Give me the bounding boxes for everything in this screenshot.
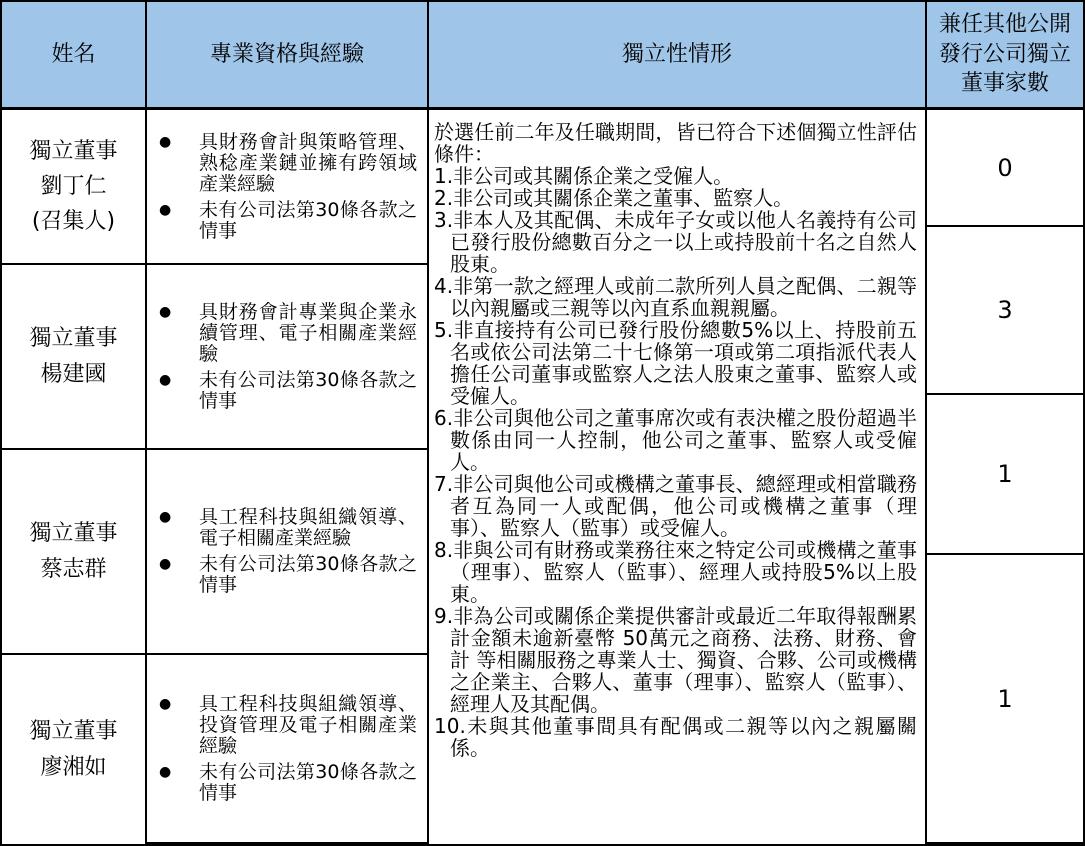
qualification-item: ● 未有公司法第30條各款之情事 bbox=[157, 554, 417, 596]
director-name: 劉丁仁 bbox=[40, 169, 106, 204]
qualifications-cell-liao: ● 具工程科技與組織領導、投資管理及電子相關產業經驗 ● 未有公司法第30條各款… bbox=[147, 655, 427, 844]
qualifications-cell-yang: ● 具財務會計專業與企業永續管理、電子相關產業經驗 ● 未有公司法第30條各款之… bbox=[147, 265, 427, 450]
director-title: 獨立董事 bbox=[29, 321, 117, 356]
concurrent-count-cell: 3 bbox=[927, 227, 1083, 395]
qualification-item: ● 具財務會計專業與企業永續管理、電子相關產業經驗 bbox=[157, 302, 417, 365]
header-name: 姓名 bbox=[2, 2, 145, 110]
director-name: 楊建國 bbox=[40, 357, 106, 392]
qualifications-cell-tsai: ● 具工程科技與組織領導、電子相關產業經驗 ● 未有公司法第30條各款之情事 bbox=[147, 450, 427, 655]
concurrent-count-value: 1 bbox=[997, 460, 1012, 488]
bullet-icon: ● bbox=[157, 507, 199, 528]
independence-item-10: 10.未與其他董事間具有配偶或二親等以內之親屬關係。 bbox=[434, 715, 917, 759]
bullet-icon: ● bbox=[157, 370, 199, 391]
qualification-item: ● 未有公司法第30條各款之情事 bbox=[157, 370, 417, 412]
independence-item-2: 2.非公司或其關係企業之董事、監察人。 bbox=[434, 187, 917, 209]
independence-item-9: 9.非為公司或關係企業提供審計或最近二年取得報酬累計金額未逾新臺幣 50萬元之商… bbox=[434, 605, 917, 715]
qualification-text: 未有公司法第30條各款之情事 bbox=[199, 200, 417, 242]
qualification-item: ● 具財務會計與策略管理、熟稔產業鏈並擁有跨領域產業經驗 bbox=[157, 132, 417, 195]
director-cell-tsai: 獨立董事 蔡志群 bbox=[2, 450, 145, 655]
qualification-item: ● 未有公司法第30條各款之情事 bbox=[157, 762, 417, 804]
header-independence: 獨立性情形 bbox=[429, 2, 925, 110]
director-name: 廖湘如 bbox=[40, 750, 106, 785]
concurrent-count-value: 3 bbox=[997, 296, 1012, 324]
qualification-text: 具財務會計專業與企業永續管理、電子相關產業經驗 bbox=[199, 302, 417, 365]
concurrent-count-cell: 1 bbox=[927, 395, 1083, 555]
qualification-item: ● 具工程科技與組織領導、投資管理及電子相關產業經驗 bbox=[157, 694, 417, 757]
independence-item-1: 1.非公司或其關係企業之受僱人。 bbox=[434, 165, 917, 187]
qualification-text: 未有公司法第30條各款之情事 bbox=[199, 554, 417, 596]
qualification-text: 具工程科技與組織領導、投資管理及電子相關產業經驗 bbox=[199, 694, 417, 757]
qualification-text: 未有公司法第30條各款之情事 bbox=[199, 762, 417, 804]
independent-directors-table: 姓名 獨立董事 劉丁仁 (召集人) 獨立董事 楊建國 獨立董事 蔡志群 獨立董事… bbox=[0, 0, 1085, 846]
column-name: 姓名 獨立董事 劉丁仁 (召集人) 獨立董事 楊建國 獨立董事 蔡志群 獨立董事… bbox=[2, 2, 147, 844]
qualification-text: 具工程科技與組織領導、電子相關產業經驗 bbox=[199, 507, 417, 549]
concurrent-count-value: 0 bbox=[997, 154, 1012, 182]
director-cell-liao: 獨立董事 廖湘如 bbox=[2, 655, 145, 844]
independence-item-5: 5.非直接持有公司已發行股份總數5%以上、持股前五名或依公司法第二十七條第一項或… bbox=[434, 319, 917, 407]
independence-item-4: 4.非第一款之經理人或前二款所列人員之配偶、二親等以內親屬或三親等以內直系血親親… bbox=[434, 275, 917, 319]
bullet-icon: ● bbox=[157, 302, 199, 323]
bullet-icon: ● bbox=[157, 554, 199, 575]
independence-criteria-cell: 於選任前二年及任職期間，皆已符合下述個獨立性評估條件： 1.非公司或其關係企業之… bbox=[429, 110, 925, 844]
director-cell-liu: 獨立董事 劉丁仁 (召集人) bbox=[2, 110, 145, 265]
director-title: 獨立董事 bbox=[29, 714, 117, 749]
header-qualifications: 專業資格與經驗 bbox=[147, 2, 427, 110]
column-concurrent-count: 兼任其他公開發行公司獨立董事家數 0 3 1 1 bbox=[927, 2, 1083, 844]
bullet-icon: ● bbox=[157, 200, 199, 221]
independence-item-3: 3.非本人及其配偶、未成年子女或以他人名義持有公司已發行股份總數百分之一以上或持… bbox=[434, 209, 917, 275]
bullet-icon: ● bbox=[157, 762, 199, 783]
director-note: (召集人) bbox=[32, 204, 115, 239]
bullet-icon: ● bbox=[157, 694, 199, 715]
director-name: 蔡志群 bbox=[40, 552, 106, 587]
independence-item-6: 6.非公司與他公司之董事席次或有表決權之股份超過半數係由同一人控制，他公司之董事… bbox=[434, 407, 917, 473]
independence-intro: 於選任前二年及任職期間，皆已符合下述個獨立性評估條件： bbox=[434, 121, 917, 165]
bullet-icon: ● bbox=[157, 132, 199, 153]
qualification-text: 具財務會計與策略管理、熟稔產業鏈並擁有跨領域產業經驗 bbox=[199, 132, 417, 195]
qualifications-cell-liu: ● 具財務會計與策略管理、熟稔產業鏈並擁有跨領域產業經驗 ● 未有公司法第30條… bbox=[147, 110, 427, 265]
concurrent-count-value: 1 bbox=[997, 685, 1012, 713]
qualification-item: ● 具工程科技與組織領導、電子相關產業經驗 bbox=[157, 507, 417, 549]
qualification-item: ● 未有公司法第30條各款之情事 bbox=[157, 200, 417, 242]
independence-item-7: 7.非公司與他公司或機構之董事長、總經理或相當職務者互為同一人或配偶，他公司或機… bbox=[434, 473, 917, 539]
director-title: 獨立董事 bbox=[29, 134, 117, 169]
column-qualifications: 專業資格與經驗 ● 具財務會計與策略管理、熟稔產業鏈並擁有跨領域產業經驗 ● 未… bbox=[147, 2, 429, 844]
independence-item-8: 8.非與公司有財務或業務往來之特定公司或機構之董事（理事）、監察人（監事）、經理… bbox=[434, 539, 917, 605]
director-cell-yang: 獨立董事 楊建國 bbox=[2, 265, 145, 450]
qualification-text: 未有公司法第30條各款之情事 bbox=[199, 370, 417, 412]
concurrent-count-cell: 1 bbox=[927, 555, 1083, 844]
concurrent-count-cell: 0 bbox=[927, 110, 1083, 227]
header-concurrent-count: 兼任其他公開發行公司獨立董事家數 bbox=[927, 2, 1083, 110]
column-independence: 獨立性情形 於選任前二年及任職期間，皆已符合下述個獨立性評估條件： 1.非公司或… bbox=[429, 2, 927, 844]
director-title: 獨立董事 bbox=[29, 516, 117, 551]
